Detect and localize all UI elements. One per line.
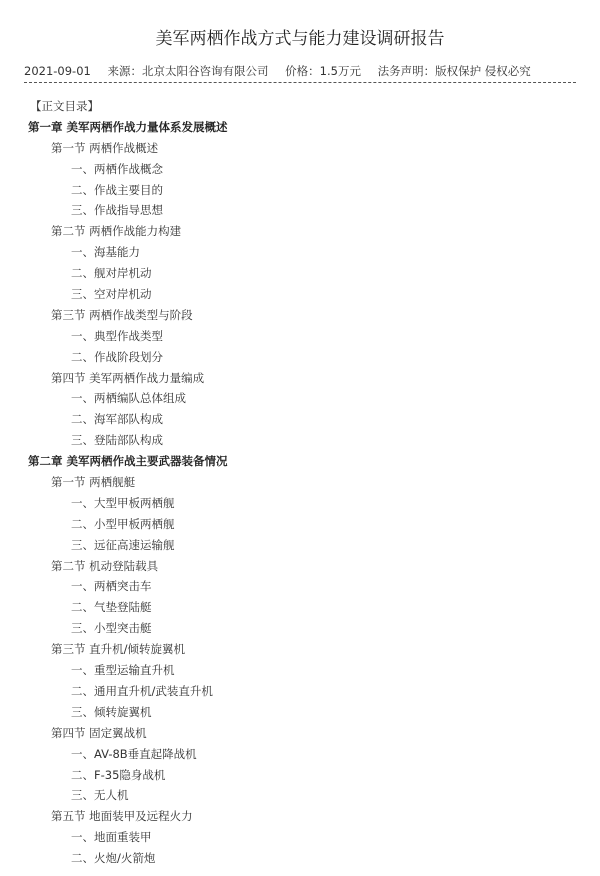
toc-item: 三、作战指导思想 [0,200,600,221]
source-label: 来源：北京太阳谷咨询有限公司 [108,64,269,78]
toc-header: 【正文目录】 [0,96,600,117]
toc-section: 第三节 直升机/倾转旋翼机 [0,639,600,660]
toc-section: 第四节 固定翼战机 [0,723,600,744]
toc-item: 二、作战阶段划分 [0,347,600,368]
toc-item: 三、远征高速运输舰 [0,535,600,556]
toc-item: 三、空对岸机动 [0,284,600,305]
price-label: 价格：1.5万元 [285,64,361,78]
toc-item: 三、无人机 [0,785,600,806]
toc-item: 一、大型甲板两栖舰 [0,493,600,514]
toc-item: 二、海军部队构成 [0,409,600,430]
toc-item: 二、F-35隐身战机 [0,765,600,786]
toc-item: 一、重型运输直升机 [0,660,600,681]
toc-section: 第五节 地面装甲及远程火力 [0,806,600,827]
toc-item: 一、地面重装甲 [0,827,600,848]
toc-item: 一、两栖编队总体组成 [0,388,600,409]
toc-item: 一、两栖突击车 [0,576,600,597]
toc-item: 三、小型突击艇 [0,618,600,639]
toc-section: 第一节 两栖作战概述 [0,138,600,159]
document-meta: 2021-09-01 来源：北京太阳谷咨询有限公司 价格：1.5万元 法务声明：… [24,63,576,79]
toc-item: 二、舰对岸机动 [0,263,600,284]
toc-item: 一、典型作战类型 [0,326,600,347]
toc-section: 第二节 机动登陆载具 [0,556,600,577]
toc-item: 二、气垫登陆艇 [0,597,600,618]
toc-section: 第二节 两栖作战能力构建 [0,221,600,242]
toc-section: 第四节 美军两栖作战力量编成 [0,368,600,389]
toc-item: 二、通用直升机/武装直升机 [0,681,600,702]
toc-section: 第一节 两栖舰艇 [0,472,600,493]
table-of-contents: 【正文目录】 第一章 美军两栖作战力量体系发展概述第一节 两栖作战概述一、两栖作… [0,96,600,869]
toc-item: 一、AV-8B垂直起降战机 [0,744,600,765]
document-title: 美军两栖作战方式与能力建设调研报告 [0,27,600,51]
toc-section: 第三节 两栖作战类型与阶段 [0,305,600,326]
publish-date: 2021-09-01 [24,64,91,78]
toc-item: 二、小型甲板两栖舰 [0,514,600,535]
toc-item: 二、作战主要目的 [0,180,600,201]
toc-item: 三、登陆部队构成 [0,430,600,451]
toc-item: 一、海基能力 [0,242,600,263]
toc-item: 三、倾转旋翼机 [0,702,600,723]
dashed-divider [24,82,576,83]
toc-item: 一、两栖作战概念 [0,159,600,180]
toc-lines: 第一章 美军两栖作战力量体系发展概述第一节 两栖作战概述一、两栖作战概念二、作战… [0,117,600,869]
toc-chapter: 第一章 美军两栖作战力量体系发展概述 [0,117,600,138]
toc-item: 二、火炮/火箭炮 [0,848,600,869]
toc-chapter: 第二章 美军两栖作战主要武器装备情况 [0,451,600,472]
legal-notice: 法务声明：版权保护 侵权必究 [378,64,531,78]
